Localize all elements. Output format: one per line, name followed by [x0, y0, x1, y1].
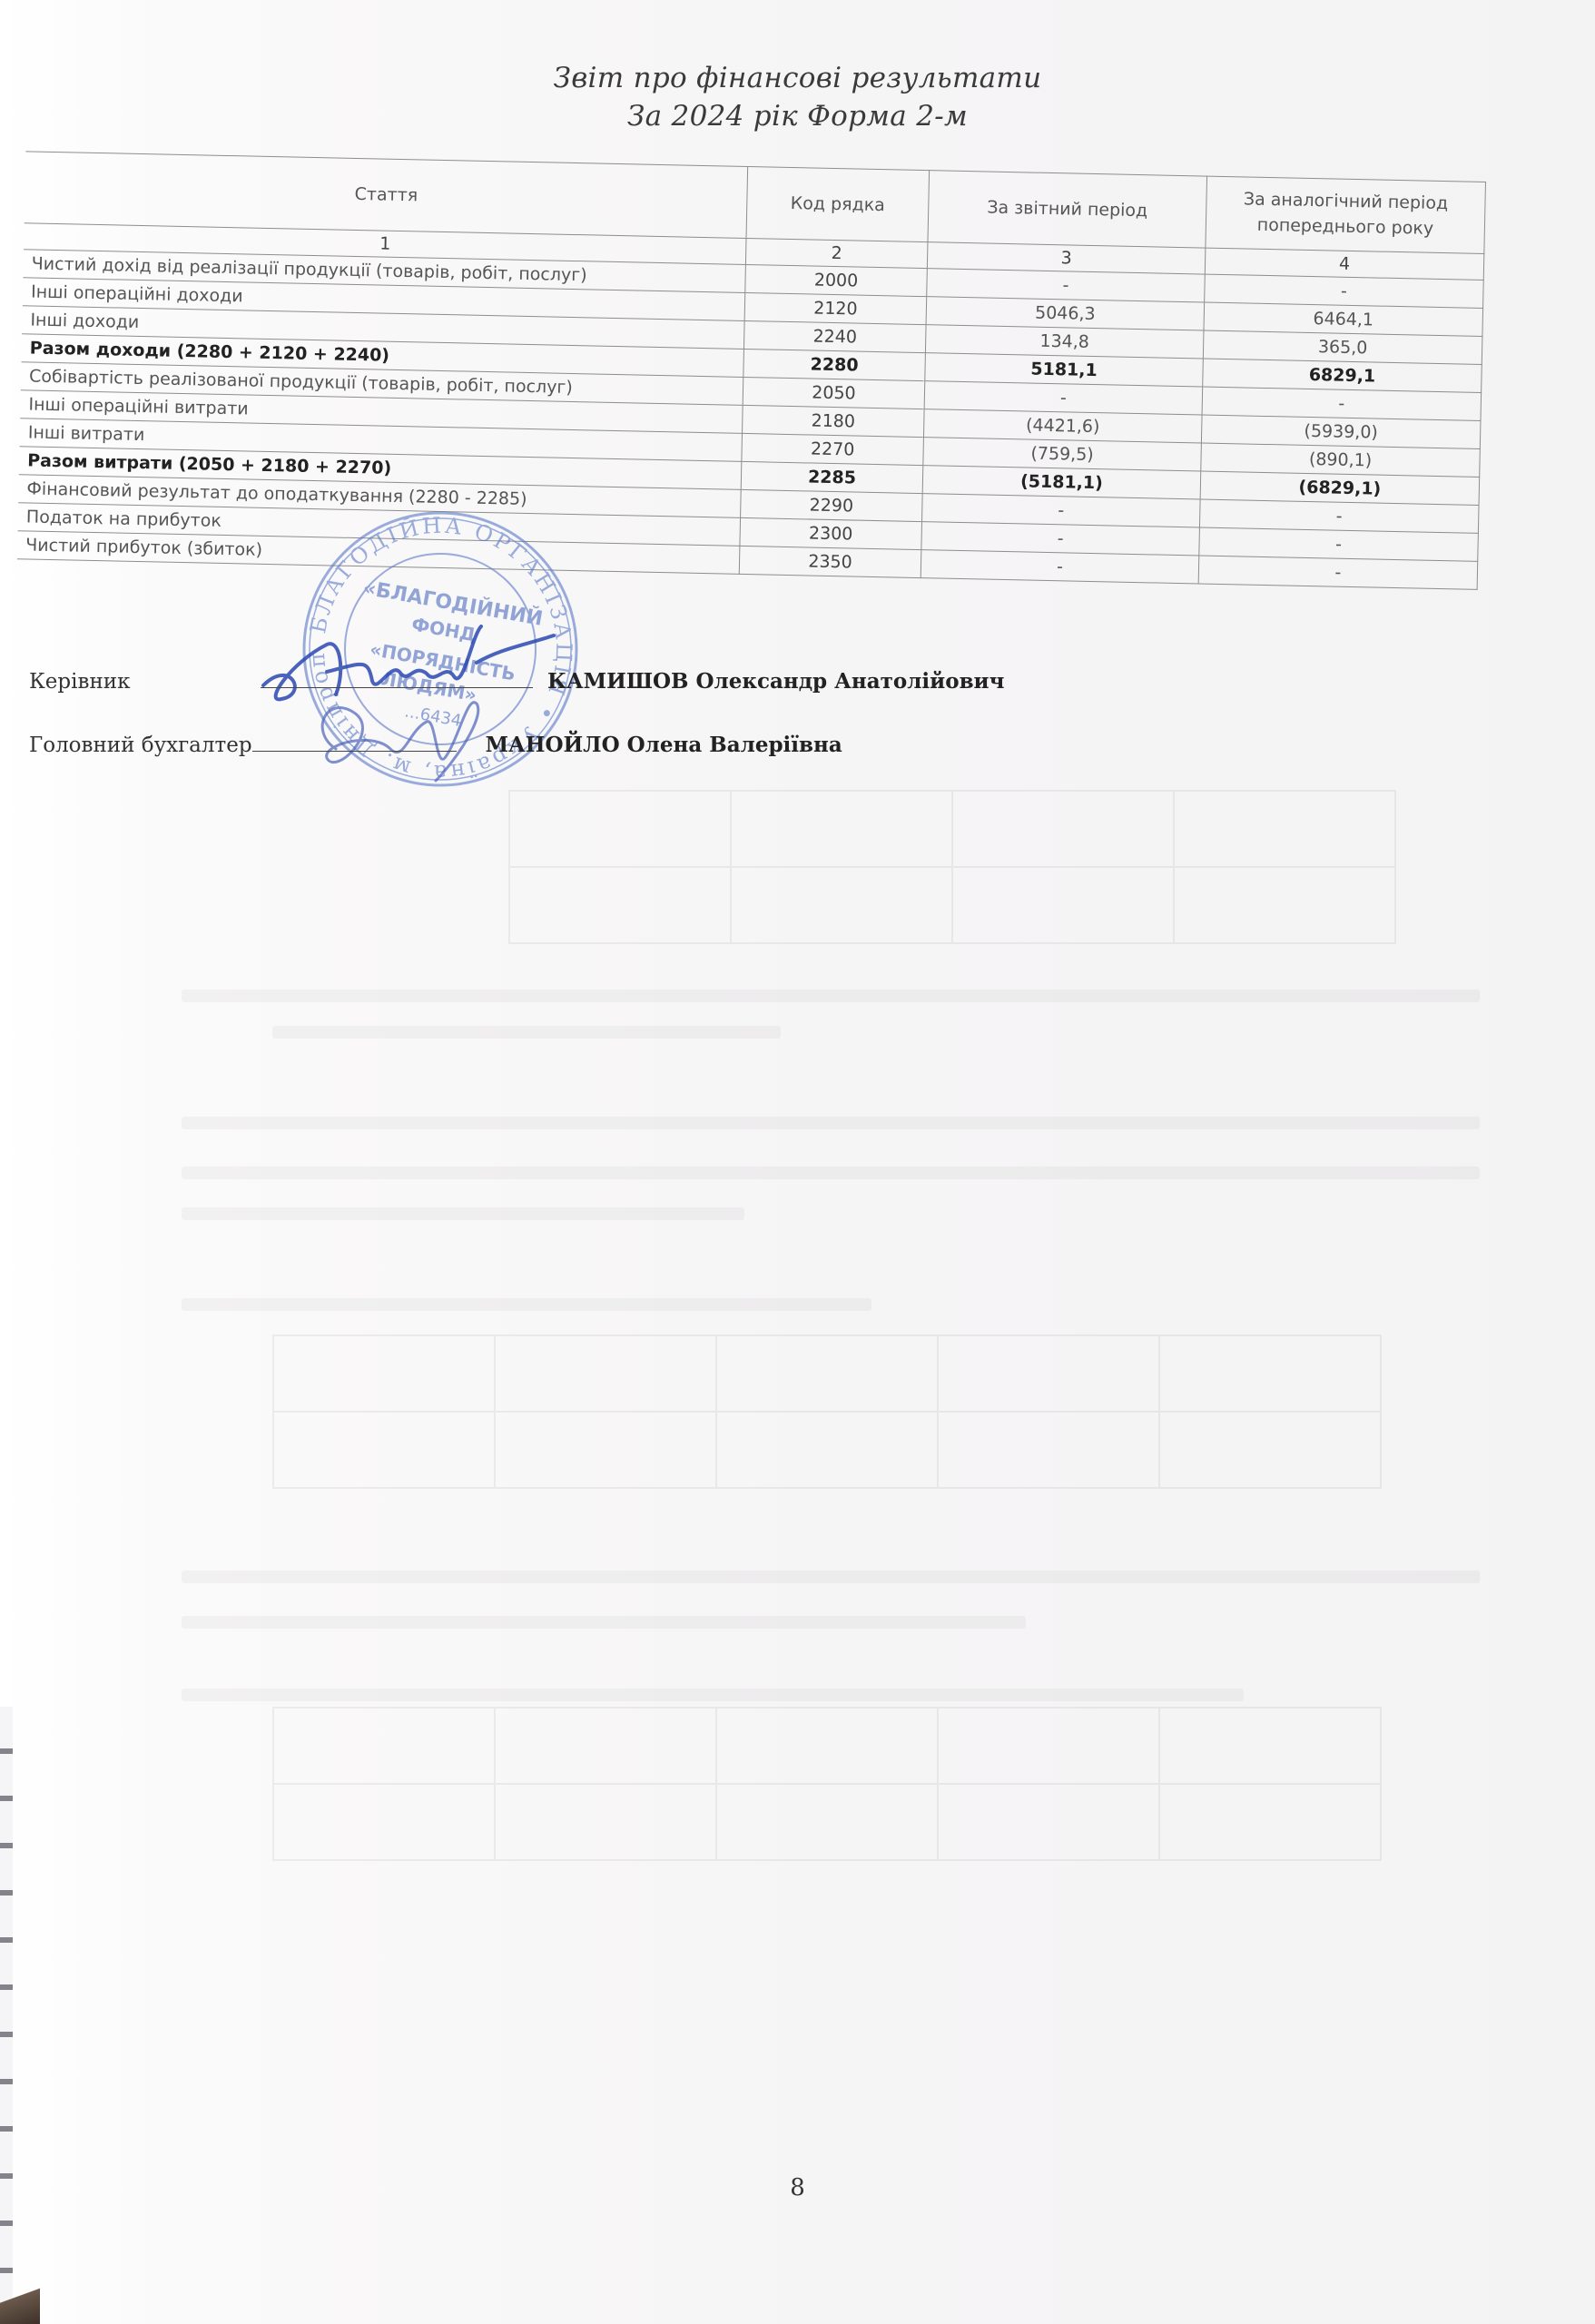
- report-title: Звіт про фінансові результати: [0, 62, 1595, 94]
- page-number: 8: [0, 2174, 1595, 2201]
- header-current-period: За звітний період: [928, 171, 1207, 248]
- accountant-name: МАНОЙЛО Олена Валеріївна: [486, 733, 842, 757]
- row-previous-value: -: [1198, 556, 1478, 589]
- header-code: Код рядка: [746, 166, 930, 241]
- row-code: 2180: [743, 405, 925, 437]
- report-subtitle: За 2024 рік Форма 2-м: [0, 100, 1595, 133]
- svg-text:ФОНД: ФОНД: [410, 613, 478, 645]
- row-code: 2270: [742, 433, 924, 465]
- svg-text:...6434: ...6434: [403, 702, 463, 731]
- column-number: 2: [745, 238, 928, 268]
- row-code: 2350: [739, 546, 921, 577]
- head-role-label: Керівник: [29, 670, 261, 694]
- row-code: 2120: [744, 292, 927, 324]
- accountant-signature-row: Головний бухгалтерМАНОЙЛО Олена Валеріїв…: [29, 731, 842, 757]
- header-previous-period: За аналогічний період попереднього року: [1206, 176, 1486, 253]
- signature-line: [252, 731, 457, 752]
- row-code: 2000: [745, 264, 928, 296]
- binding-spiral: [0, 1707, 13, 2324]
- head-signature-row: КерівникКАМИШОВ Олександр Анатолійович: [29, 667, 1004, 694]
- binding-corner-shadow: [0, 2279, 40, 2324]
- accountant-role-label: Головний бухгалтер: [29, 734, 252, 757]
- row-code: 2300: [740, 517, 922, 549]
- table-body: Чистий дохід від реалізації продукції (т…: [17, 250, 1483, 590]
- signature-line: [261, 667, 533, 688]
- row-code: 2050: [743, 377, 925, 409]
- row-code: 2280: [743, 349, 926, 380]
- head-name: КАМИШОВ Олександр Анатолійович: [547, 669, 1004, 694]
- row-code: 2285: [741, 461, 923, 493]
- financial-results-table: Стаття Код рядка За звітний період За ан…: [17, 151, 1485, 590]
- row-code: 2290: [741, 489, 923, 521]
- row-current-value: -: [921, 550, 1199, 584]
- row-code: 2240: [743, 320, 926, 352]
